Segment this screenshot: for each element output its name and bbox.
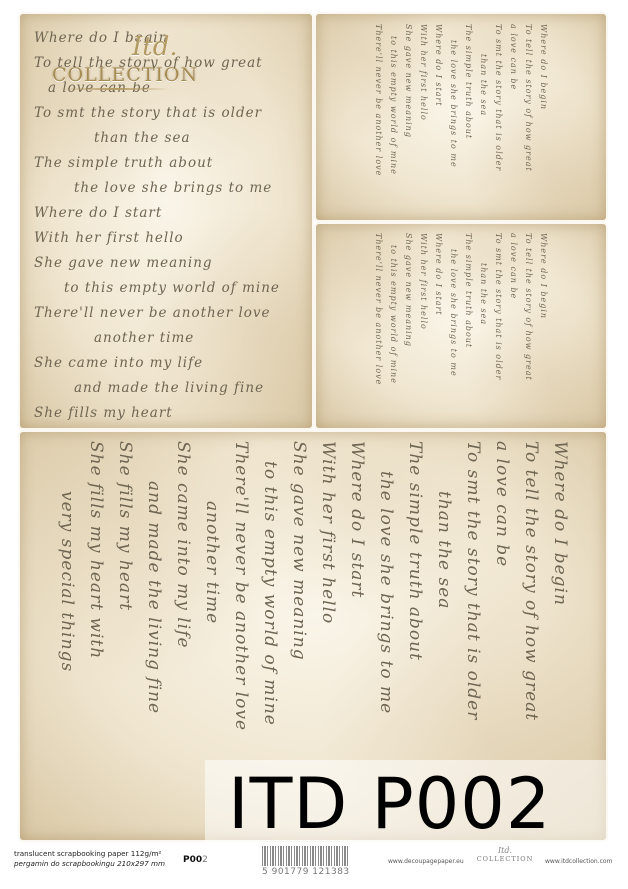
handwriting-line: She fills my heart [110,441,139,831]
handwriting-line: She gave new meaning [401,233,416,419]
paper-info-english: translucent scrapbooking paper 112g/m² [14,849,165,859]
footer-logo-word: COLLECTION [470,855,540,863]
handwriting-line: a love can be [506,24,521,210]
paper-info: translucent scrapbooking paper 112g/m² p… [14,849,165,869]
product-code-prefix: P00 [183,855,202,865]
handwriting-line: She gave new meaning [34,251,280,276]
handwriting-line: With her first hello [416,233,431,419]
handwriting-line: Where do I start [431,233,446,419]
logo-flourish-icon [60,88,170,90]
handwriting-line: To tell the story of how great [521,24,536,210]
handwriting-line: very special things [52,441,81,831]
handwriting-line: The simple truth about [461,233,476,419]
paper-info-polish: pergamin do scrapbookingu 210x297 mm [14,859,165,869]
handwriting-line: The simple truth about [461,24,476,210]
handwriting-line: Where do I start [34,201,280,226]
handwriting-line: There'll never be another love [34,301,280,326]
handwriting-line: and made the living fine [34,376,280,401]
handwriting-line: With her first hello [34,226,280,251]
handwriting-line: to this empty world of mine [386,233,401,419]
handwriting-line: the love she brings to me [446,24,461,210]
handwriting-line: to this empty world of mine [386,24,401,210]
handwriting-line: than the sea [476,233,491,419]
handwriting-line: To smt the story that is older [34,101,280,126]
handwriting-line: Where do I begin [536,24,551,210]
barcode-icon [262,846,350,866]
handwriting-line: There'll never be another love [371,233,386,419]
handwriting-line: There'll never be another love [371,24,386,210]
footer-logo: Itd. COLLECTION [470,846,540,863]
barcode-number: 5 901779 121383 [262,867,350,877]
logo-word: COLLECTION [52,64,198,86]
handwritten-text: Where do I begin To tell the story of ho… [371,24,551,210]
handwriting-line: than the sea [476,24,491,210]
handwriting-line: She gave new meaning [401,24,416,210]
letter-panel-top-right: Where do I begin To tell the story of ho… [316,14,606,220]
handwriting-line: and made the living fine [139,441,168,831]
handwriting-line: than the sea [34,126,280,151]
product-code-small: P002 [183,855,208,865]
handwriting-line: The simple truth about [34,151,280,176]
handwriting-line: She fills my heart [34,401,280,426]
handwriting-line: Where do I begin [536,233,551,419]
handwriting-line: To tell the story of how great [521,233,536,419]
handwriting-line: She fills my heart with [34,426,280,428]
handwriting-line: a love can be [506,233,521,419]
website-link-decoupagepaper[interactable]: www.decoupagepaper.eu [388,858,464,865]
footer-logo-script: Itd. [470,846,540,855]
handwriting-line: She came into my life [34,351,280,376]
handwriting-line: the love she brings to me [446,233,461,419]
handwriting-line: Where do I start [431,24,446,210]
handwriting-line: With her first hello [416,24,431,210]
itd-collection-logo: Itd. COLLECTION [52,32,242,92]
product-code-large: ITD P002 [228,764,551,844]
handwriting-line: She came into my life [168,441,197,831]
handwriting-line: She fills my heart with [81,441,110,831]
handwriting-line: the love she brings to me [34,176,280,201]
handwriting-line: to this empty world of mine [34,276,280,301]
letter-panel-middle-right: Where do I begin To tell the story of ho… [316,224,606,428]
website-link-itdcollection[interactable]: www.itdcollection.com [545,858,612,865]
letter-panel-top-left: Where do I begin To tell the story of ho… [20,14,312,428]
product-code-suffix: 2 [202,855,208,865]
handwriting-line: To smt the story that is older [491,233,506,419]
handwritten-text: Where do I begin To tell the story of ho… [371,233,551,419]
logo-script: Itd. [132,32,178,62]
handwriting-line: To smt the story that is older [491,24,506,210]
handwriting-line: another time [34,326,280,351]
